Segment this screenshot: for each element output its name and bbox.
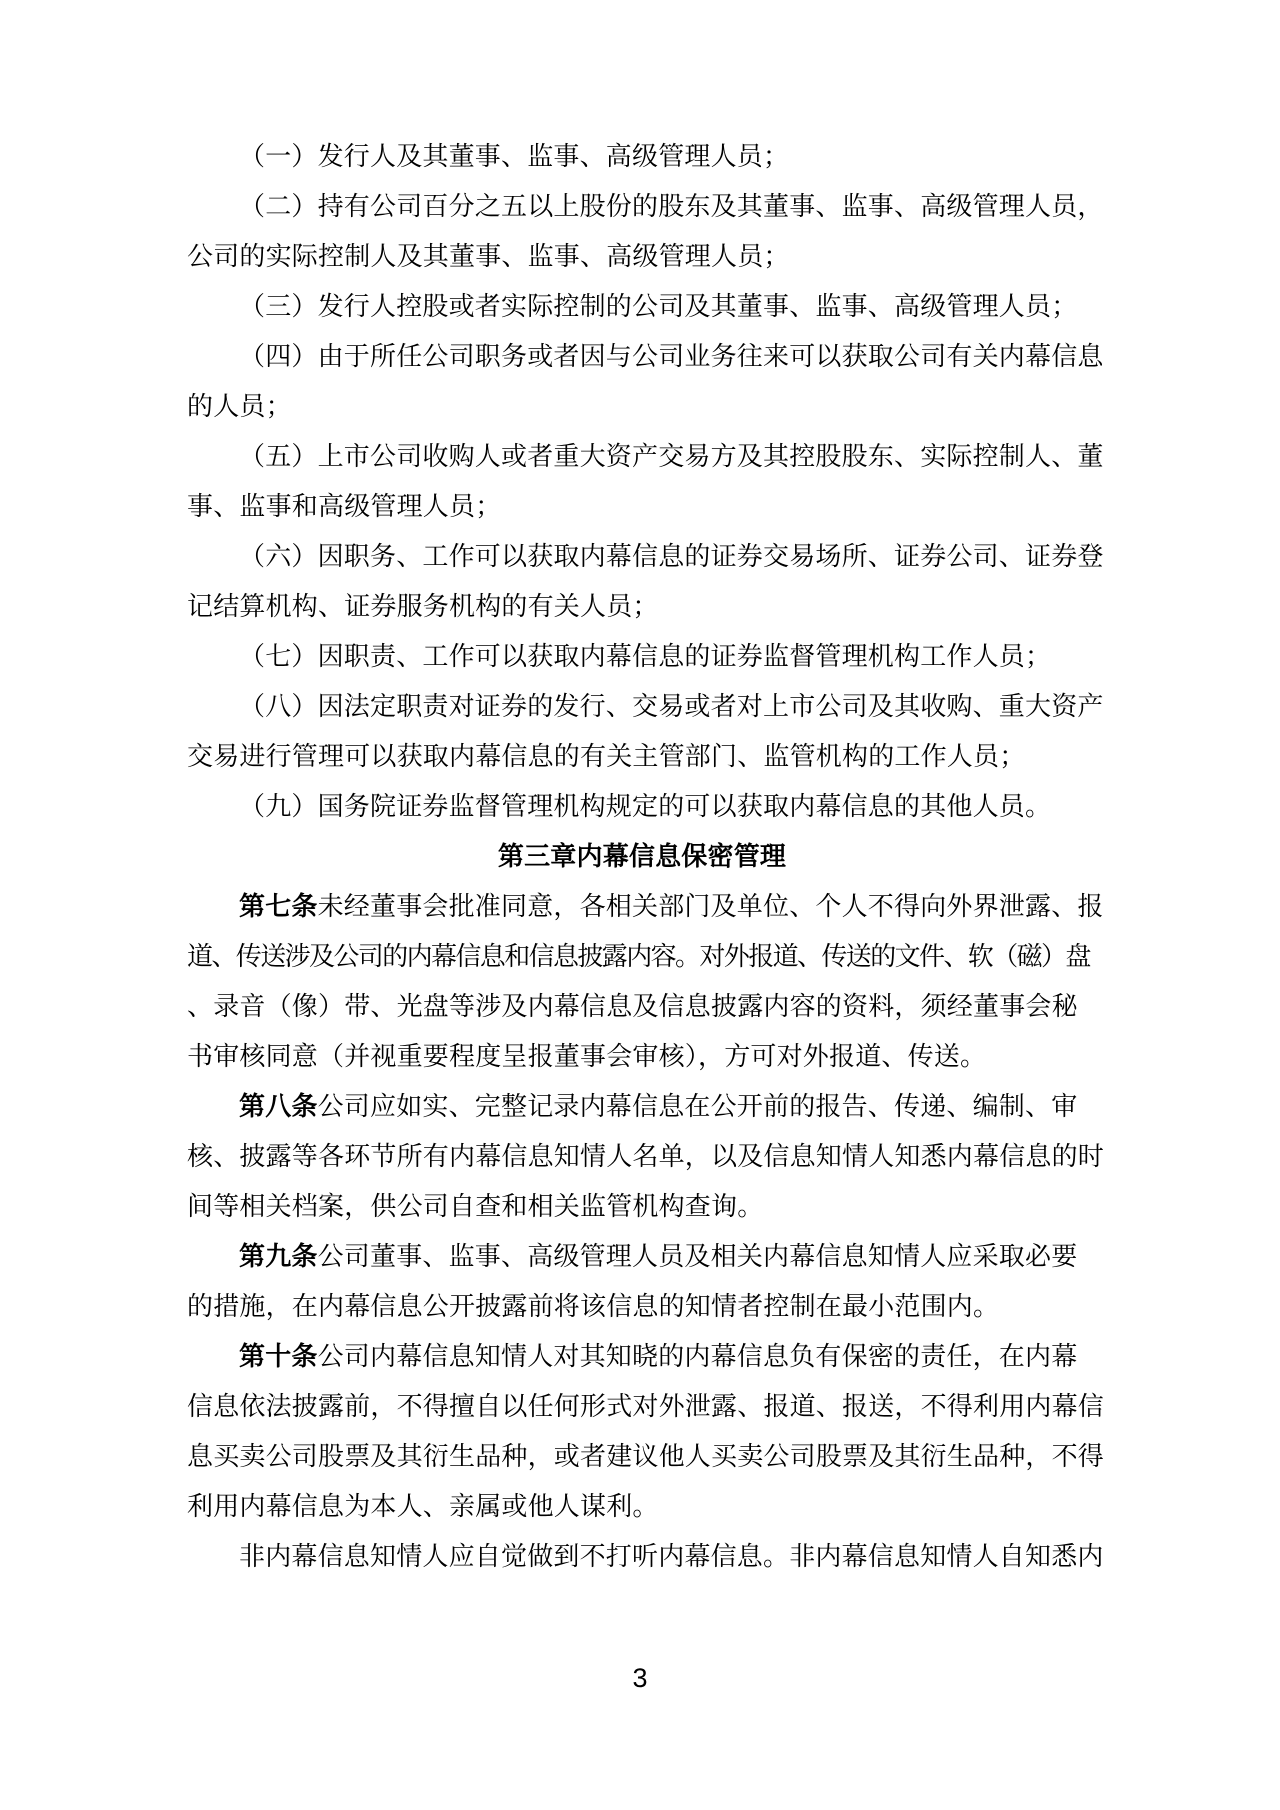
document-line: 、录音（像）带、光盘等涉及内幕信息及信息披露内容的资料，须经董事会秘: [187, 982, 1097, 1032]
article-number: 第九条: [239, 1242, 318, 1271]
document-line: 利用内幕信息为本人、亲属或他人谋利。: [187, 1482, 1097, 1532]
document-line: （二）持有公司百分之五以上股份的股东及其董事、监事、高级管理人员，: [187, 182, 1097, 232]
document-line: 记结算机构、证券服务机构的有关人员；: [187, 582, 1097, 632]
document-line: 第十条公司内幕信息知情人对其知晓的内幕信息负有保密的责任，在内幕: [187, 1332, 1097, 1382]
document-line: （七）因职责、工作可以获取内幕信息的证券监督管理机构工作人员；: [187, 632, 1097, 682]
document-page: （一）发行人及其董事、监事、高级管理人员；（二）持有公司百分之五以上股份的股东及…: [0, 0, 1280, 1810]
document-line: （四）由于所任公司职务或者因与公司业务往来可以获取公司有关内幕信息: [187, 332, 1097, 382]
chapter-heading: 第三章内幕信息保密管理: [187, 832, 1097, 882]
document-line: 书审核同意（并视重要程度呈报董事会审核），方可对外报道、传送。: [187, 1032, 1097, 1082]
document-line: 非内幕信息知情人应自觉做到不打听内幕信息。非内幕信息知情人自知悉内: [187, 1532, 1097, 1582]
document-line: （八）因法定职责对证券的发行、交易或者对上市公司及其收购、重大资产: [187, 682, 1097, 732]
document-line: 事、监事和高级管理人员；: [187, 482, 1097, 532]
document-line: （三）发行人控股或者实际控制的公司及其董事、监事、高级管理人员；: [187, 282, 1097, 332]
document-line: 息买卖公司股票及其衍生品种，或者建议他人买卖公司股票及其衍生品种，不得: [187, 1432, 1097, 1482]
document-line: （五）上市公司收购人或者重大资产交易方及其控股股东、实际控制人、董: [187, 432, 1097, 482]
page-number: 3: [0, 1662, 1280, 1694]
article-number: 第八条: [239, 1092, 318, 1121]
document-line: 间等相关档案，供公司自查和相关监管机构查询。: [187, 1182, 1097, 1232]
document-line: 公司的实际控制人及其董事、监事、高级管理人员；: [187, 232, 1097, 282]
article-number: 第七条: [239, 892, 318, 921]
document-line: 第八条公司应如实、完整记录内幕信息在公开前的报告、传递、编制、审: [187, 1082, 1097, 1132]
document-line: （一）发行人及其董事、监事、高级管理人员；: [187, 132, 1097, 182]
document-line: 的人员；: [187, 382, 1097, 432]
document-line: 第七条未经董事会批准同意，各相关部门及单位、个人不得向外界泄露、报: [187, 882, 1097, 932]
document-body: （一）发行人及其董事、监事、高级管理人员；（二）持有公司百分之五以上股份的股东及…: [187, 132, 1097, 1582]
article-number: 第十条: [239, 1342, 318, 1371]
document-line: 道、传送涉及公司的内幕信息和信息披露内容。对外报道、传送的文件、软（磁）盘: [187, 932, 1097, 982]
document-line: （九）国务院证券监督管理机构规定的可以获取内幕信息的其他人员。: [187, 782, 1097, 832]
document-line: （六）因职务、工作可以获取内幕信息的证券交易场所、证券公司、证券登: [187, 532, 1097, 582]
document-line: 信息依法披露前，不得擅自以任何形式对外泄露、报道、报送，不得利用内幕信: [187, 1382, 1097, 1432]
document-line: 第九条公司董事、监事、高级管理人员及相关内幕信息知情人应采取必要: [187, 1232, 1097, 1282]
document-line: 核、披露等各环节所有内幕信息知情人名单，以及信息知情人知悉内幕信息的时: [187, 1132, 1097, 1182]
document-line: 的措施，在内幕信息公开披露前将该信息的知情者控制在最小范围内。: [187, 1282, 1097, 1332]
document-line: 交易进行管理可以获取内幕信息的有关主管部门、监管机构的工作人员；: [187, 732, 1097, 782]
